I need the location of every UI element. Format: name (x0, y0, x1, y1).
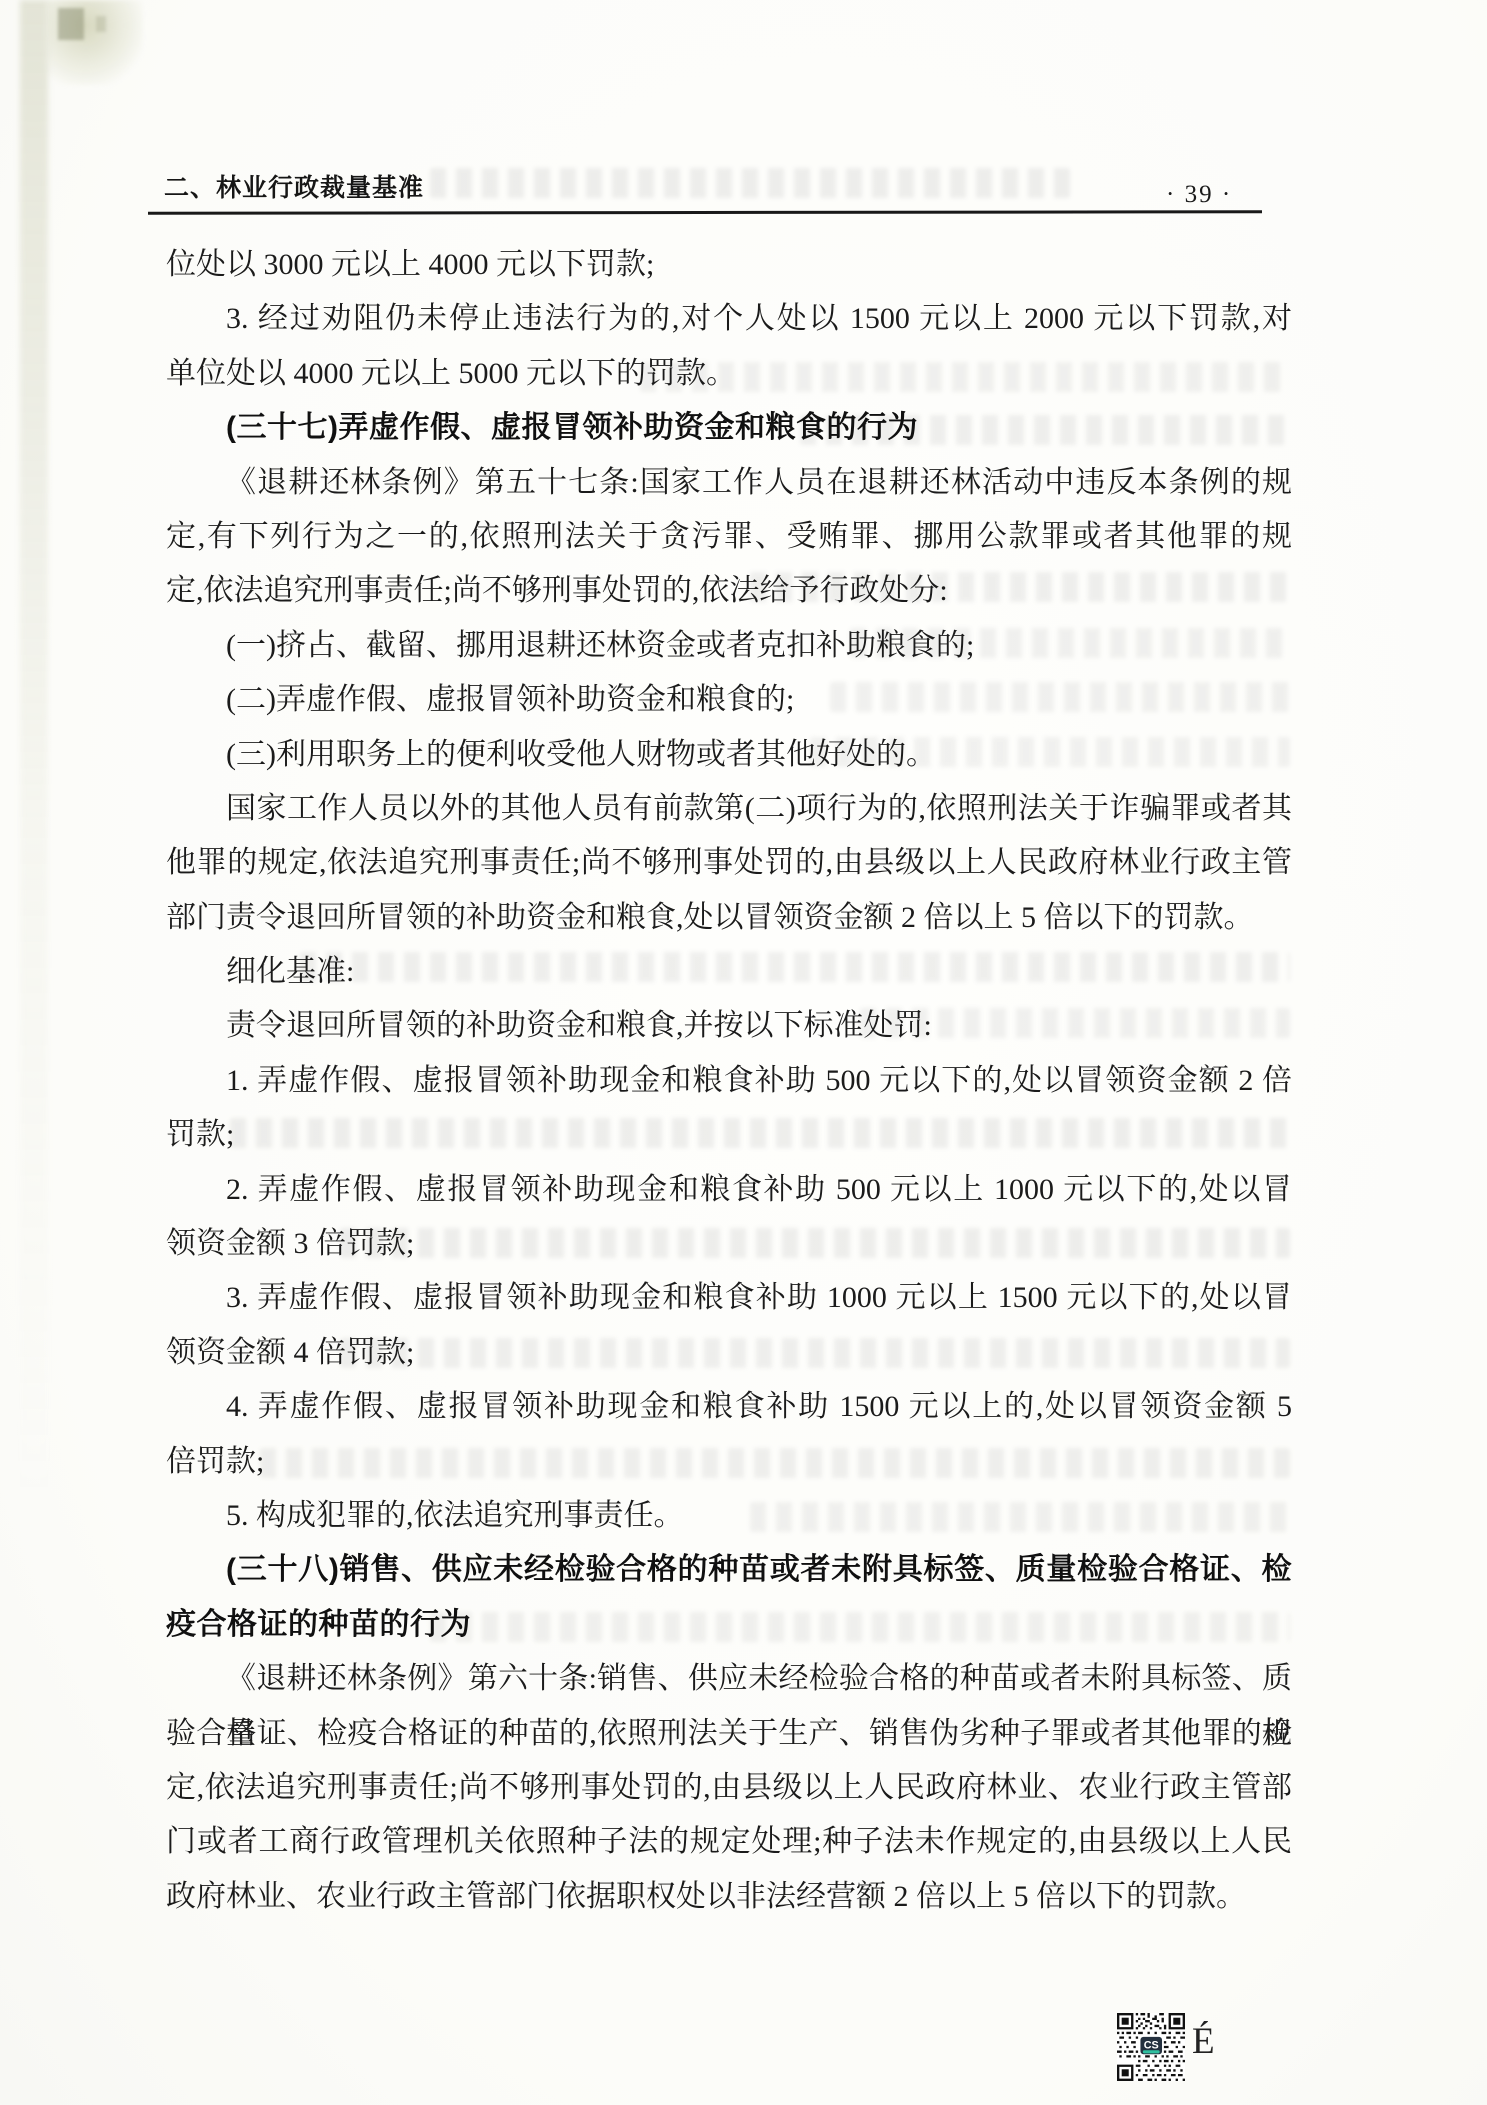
body-line-heading: 疫合格证的种苗的行为 (166, 1598, 1292, 1652)
body-line: 验合格证、检疫合格证的种苗的,依照刑法关于生产、销售伪劣种子罪或者其他罪的规 (166, 1707, 1292, 1761)
scan-speck (58, 8, 84, 40)
body-line: 《退耕还林条例》第五十七条:国家工作人员在退耕还林活动中违反本条例的规 (166, 456, 1292, 510)
body-line: 政府林业、农业行政主管部门依据职权处以非法经营额 2 倍以上 5 倍以下的罚款。 (166, 1870, 1292, 1924)
body-line: 3. 弄虚作假、虚报冒领补助现金和粮食补助 1000 元以上 1500 元以下的… (166, 1271, 1292, 1325)
body-line: 细化基准: (166, 945, 1292, 999)
body-line: 罚款; (166, 1108, 1292, 1162)
body-line: 位处以 3000 元以上 4000 元以下罚款; (166, 238, 1292, 292)
body-line: 他罪的规定,依法追究刑事责任;尚不够刑事处罚的,由县级以上人民政府林业行政主管 (166, 836, 1292, 890)
camscanner-badge: CS (1140, 2037, 1162, 2054)
document-body: 位处以 3000 元以上 4000 元以下罚款;3. 经过劝阻仍未停止违法行为的… (166, 238, 1292, 1924)
running-header-section-title: 二、林业行政裁量基准 (164, 168, 424, 204)
body-line: 单位处以 4000 元以上 5000 元以下的罚款。 (166, 347, 1292, 401)
body-line: 定,依法追究刑事责任;尚不够刑事处罚的,由县级以上人民政府林业、农业行政主管部 (166, 1761, 1292, 1815)
body-line: 5. 构成犯罪的,依法追究刑事责任。 (166, 1489, 1292, 1543)
body-line: 定,依法追究刑事责任;尚不够刑事处罚的,依法给予行政处分: (166, 564, 1292, 618)
scanned-document-page: 二、林业行政裁量基准 · 39 · 位处以 3000 元以上 4000 元以下罚… (0, 0, 1487, 2105)
body-line: 定,有下列行为之一的,依照刑法关于贪污罪、受贿罪、挪用公款罪或者其他罪的规 (166, 510, 1292, 564)
scan-speck (96, 16, 106, 32)
body-line: 2. 弄虚作假、虚报冒领补助现金和粮食补助 500 元以上 1000 元以下的,… (166, 1163, 1292, 1217)
body-line-heading: (三十八)销售、供应未经检验合格的种苗或者未附具标签、质量检验合格证、检 (166, 1543, 1292, 1597)
body-line: 门或者工商行政管理机关依照种子法的规定处理;种子法未作规定的,由县级以上人民 (166, 1815, 1292, 1869)
body-line: (二)弄虚作假、虚报冒领补助资金和粮食的; (166, 673, 1292, 727)
body-line: 《退耕还林条例》第六十条:销售、供应未经检验合格的种苗或者未附具标签、质量检 (166, 1652, 1292, 1706)
camscanner-qr-code: CS (1117, 2013, 1185, 2081)
body-line: 领资金额 3 倍罚款; (166, 1217, 1292, 1271)
qr-pattern: CS (1117, 2013, 1185, 2081)
header-rule (148, 210, 1262, 215)
qr-badge-label: CS (1144, 2039, 1159, 2051)
body-line: 1. 弄虚作假、虚报冒领补助现金和粮食补助 500 元以下的,处以冒领资金额 2… (166, 1054, 1292, 1108)
page-number: · 39 · (1166, 181, 1232, 209)
body-line: 责令退回所冒领的补助资金和粮食,并按以下标准处罚: (166, 999, 1292, 1053)
body-line-heading: (三十七)弄虚作假、虚报冒领补助资金和粮食的行为 (166, 401, 1292, 455)
body-line: 部门责令退回所冒领的补助资金和粮食,处以冒领资金额 2 倍以上 5 倍以下的罚款… (166, 891, 1292, 945)
bleed-through-artifact (430, 168, 1070, 198)
scan-edge-shadow (20, 0, 48, 1500)
body-line: 4. 弄虚作假、虚报冒领补助现金和粮食补助 1500 元以上的,处以冒领资金额 … (166, 1380, 1292, 1434)
body-line: (一)挤占、截留、挪用退耕还林资金或者克扣补助粮食的; (166, 619, 1292, 673)
body-line: 国家工作人员以外的其他人员有前款第(二)项行为的,依照刑法关于诈骗罪或者其 (166, 782, 1292, 836)
body-line: 领资金额 4 倍罚款; (166, 1326, 1292, 1380)
body-line: 倍罚款; (166, 1435, 1292, 1489)
stray-scan-character: É (1192, 2020, 1215, 2063)
body-line: (三)利用职务上的便利收受他人财物或者其他好处的。 (166, 728, 1292, 782)
body-line: 3. 经过劝阻仍未停止违法行为的,对个人处以 1500 元以上 2000 元以下… (166, 292, 1292, 346)
